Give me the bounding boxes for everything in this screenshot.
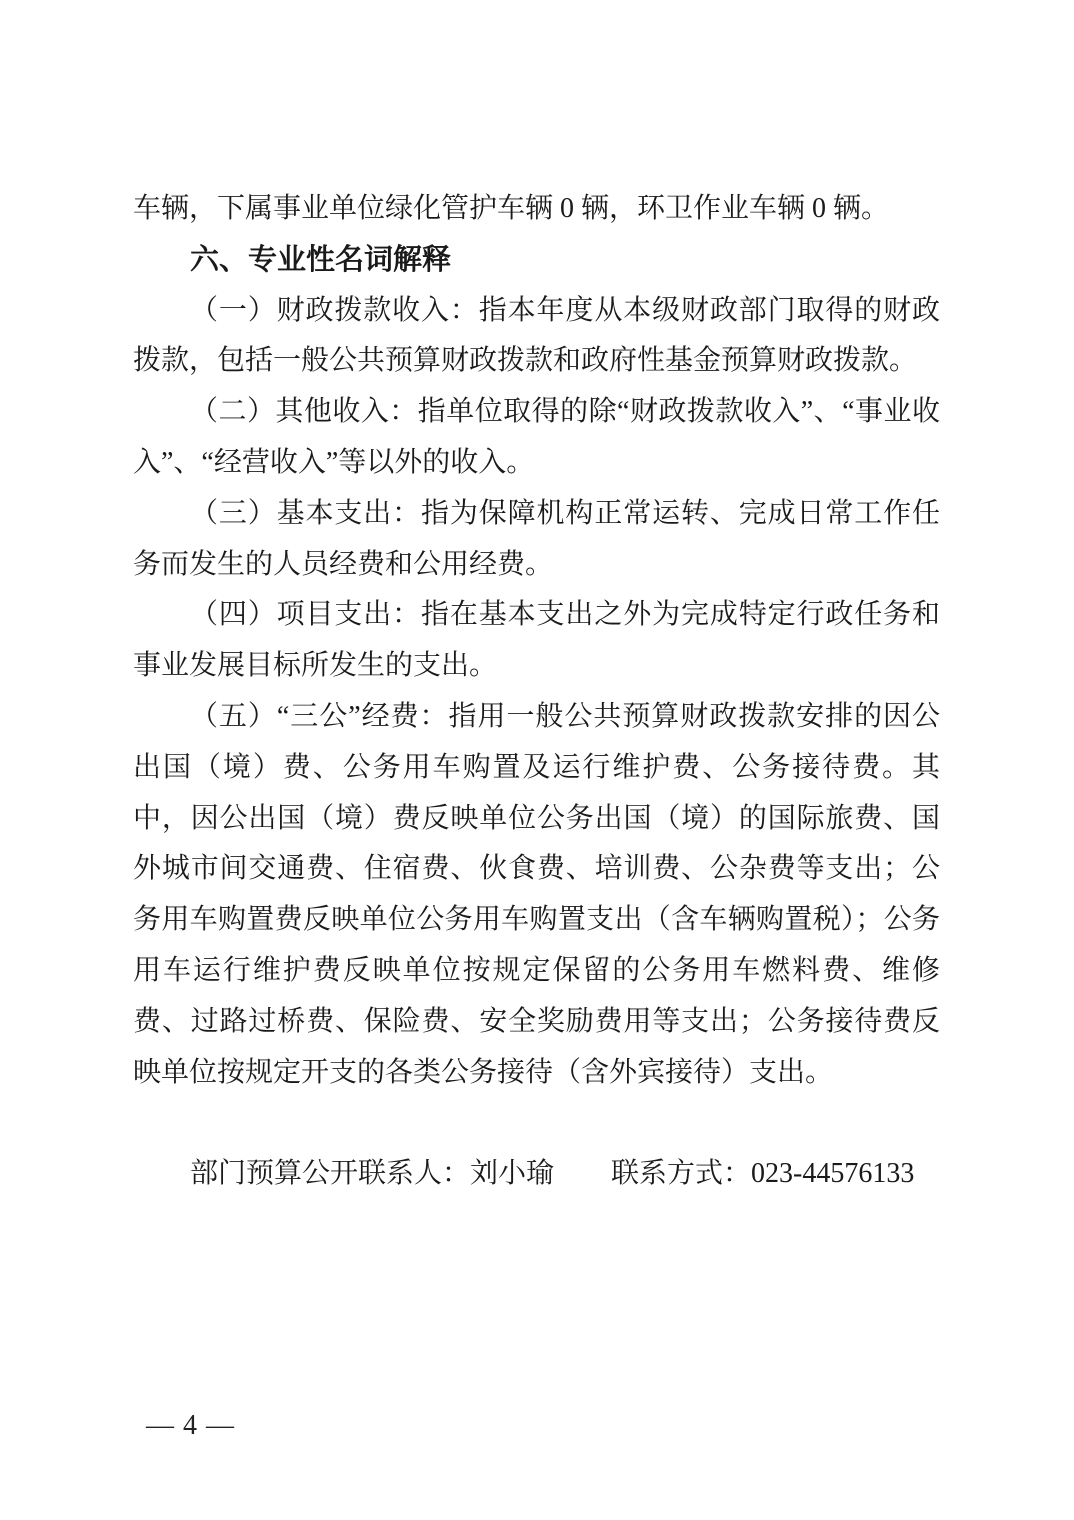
contact-phone-label: 联系方式：023-44576133 bbox=[611, 1158, 914, 1189]
section-heading: 六、专业性名词解释 bbox=[133, 235, 940, 286]
contact-person-label: 部门预算公开联系人：刘小瑜 bbox=[190, 1158, 554, 1189]
paragraph-definition-3: （三）基本支出：指为保障机构正常运转、完成日常工作任务而发生的人员经费和公用经费… bbox=[133, 489, 940, 591]
continuation-paragraph: 车辆，下属事业单位绿化管护车辆 0 辆，环卫作业车辆 0 辆。 bbox=[133, 184, 940, 235]
paragraph-definition-5: （五）“三公”经费：指用一般公共预算财政拨款安排的因公出国（境）费、公务用车购置… bbox=[133, 692, 940, 1098]
document-page: 车辆，下属事业单位绿化管护车辆 0 辆，环卫作业车辆 0 辆。 六、专业性名词解… bbox=[0, 0, 1074, 1520]
paragraph-definition-2: （二）其他收入：指单位取得的除“财政拨款收入”、“事业收入”、“经营收入”等以外… bbox=[133, 387, 940, 489]
paragraph-definition-4: （四）项目支出：指在基本支出之外为完成特定行政任务和事业发展目标所发生的支出。 bbox=[133, 590, 940, 692]
contact-line: 部门预算公开联系人：刘小瑜联系方式：023-44576133 bbox=[133, 1149, 940, 1200]
paragraph-definition-1: （一）财政拨款收入：指本年度从本级财政部门取得的财政拨款，包括一般公共预算财政拨… bbox=[133, 286, 940, 388]
document-body: 车辆，下属事业单位绿化管护车辆 0 辆，环卫作业车辆 0 辆。 六、专业性名词解… bbox=[133, 184, 940, 1200]
page-number: — 4 — bbox=[146, 1408, 235, 1444]
